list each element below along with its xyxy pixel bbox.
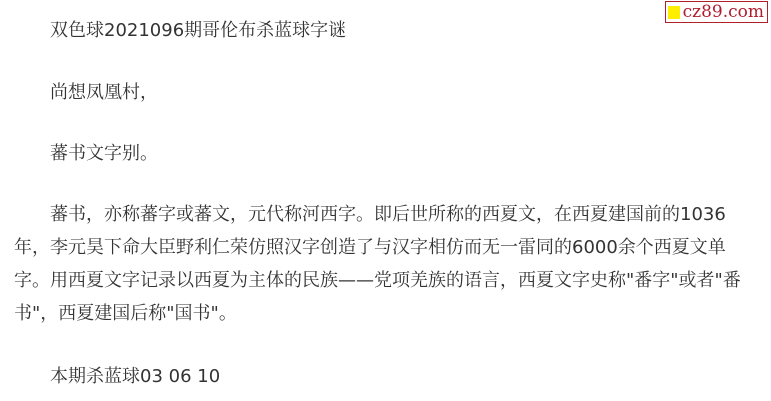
explanation-paragraph: 蕃书，亦称蕃字或蕃文，元代称河西字。即后世所称的西夏文，在西夏建国前的1036年… bbox=[14, 198, 759, 330]
kill-blue-ball-line: 本期杀蓝球03 06 10 bbox=[14, 360, 759, 393]
article-title: 双色球2021096期哥伦布杀蓝球字谜 bbox=[14, 14, 759, 47]
riddle-line-2: 蕃书文字别。 bbox=[14, 137, 759, 170]
riddle-line-1: 尚想凤凰村， bbox=[14, 76, 759, 109]
